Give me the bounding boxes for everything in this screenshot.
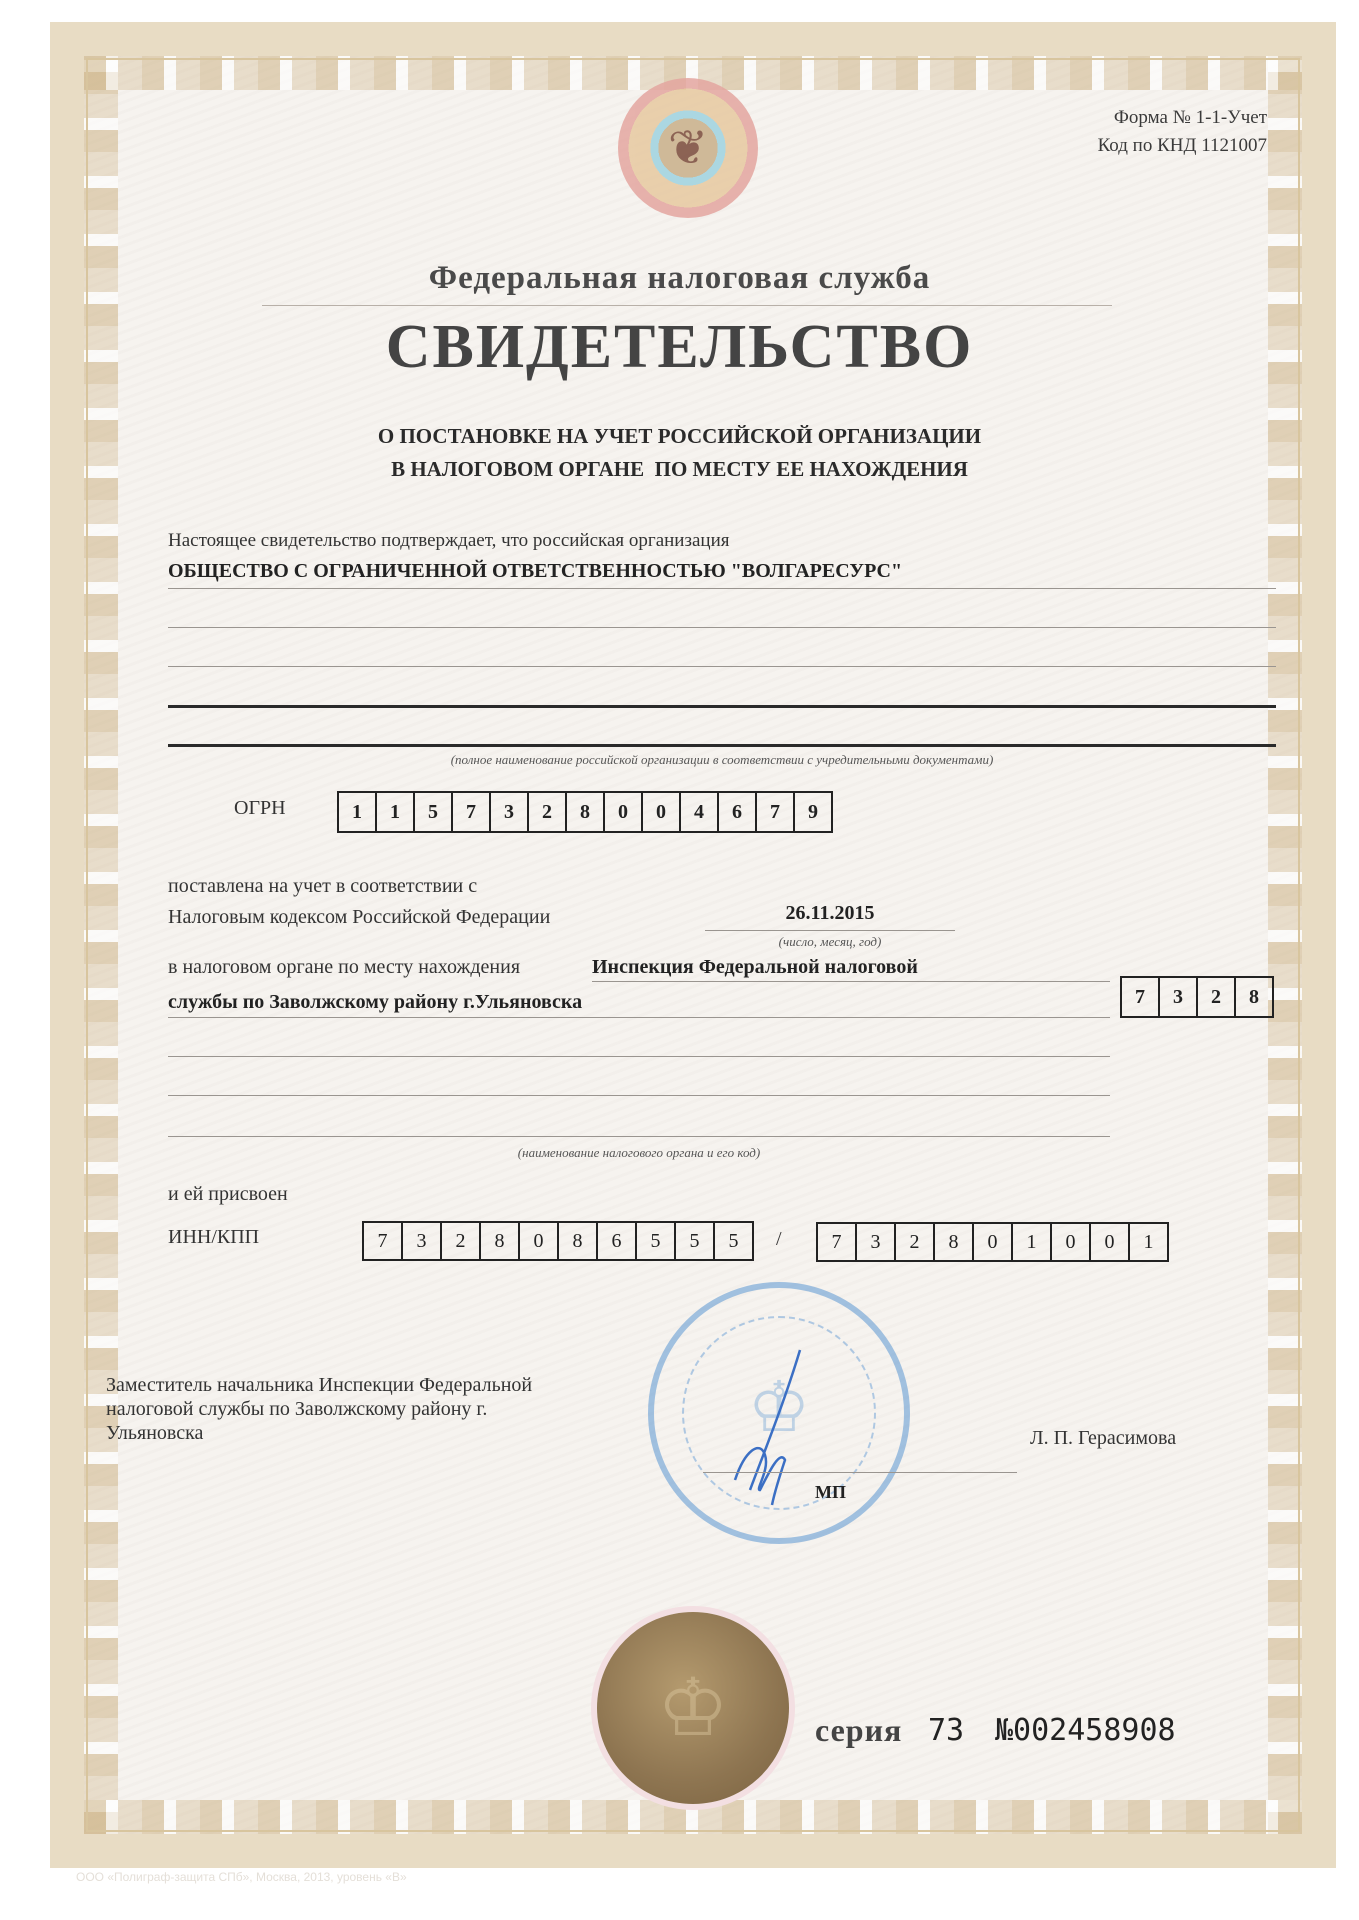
inn-digit: 3 [403, 1223, 442, 1259]
authority-underline-5 [168, 1136, 1110, 1137]
inn-digit: 5 [676, 1223, 715, 1259]
inn-digit: 8 [559, 1223, 598, 1259]
inn-cells: 7328086555 [362, 1221, 754, 1261]
authority-code-digit: 2 [1198, 978, 1236, 1016]
ogrn-cells: 1157328004679 [337, 791, 833, 833]
signatory-position: Заместитель начальника Инспекции Федерал… [106, 1373, 532, 1445]
gold-seal-coat-of-arms-icon: ♔ [597, 1612, 789, 1804]
series-number: 73 [928, 1713, 964, 1748]
authority-underline-3 [168, 1056, 1110, 1057]
hologram-coat-of-arms-icon: ❦ [618, 78, 758, 218]
signature-line [703, 1472, 1017, 1473]
authority-underline-4 [168, 1095, 1110, 1096]
ogrn-digit: 1 [377, 793, 415, 831]
name-underline-3 [168, 666, 1276, 667]
signatory-name: Л. П. Герасимова [1030, 1427, 1176, 1450]
registration-line-1: поставлена на учет в соответствии с [168, 875, 477, 898]
name-underline-1 [168, 588, 1276, 589]
ogrn-digit: 2 [529, 793, 567, 831]
inn-digit: 2 [442, 1223, 481, 1259]
agency-name: Федеральная налоговая служба [0, 260, 1359, 297]
stamp-mark: МП [815, 1482, 846, 1503]
authority-code-digit: 7 [1122, 978, 1160, 1016]
name-underline-4 [168, 705, 1276, 708]
date-caption: (число, месяц, год) [705, 934, 955, 950]
authority-code-cells: 7328 [1120, 976, 1274, 1018]
authority-underline-2 [168, 1017, 1110, 1018]
date-underline [705, 930, 955, 931]
position-line-1: Заместитель начальника Инспекции Федерал… [106, 1373, 532, 1397]
authority-code-digit: 3 [1160, 978, 1198, 1016]
name-underline-2 [168, 627, 1276, 628]
document-title: СВИДЕТЕЛЬСТВО [0, 312, 1359, 383]
organization-name: ОБЩЕСТВО С ОГРАНИЧЕННОЙ ОТВЕТСТВЕННОСТЬЮ… [168, 560, 902, 583]
authority-prefix: в налоговом органе по месту нахождения [168, 956, 520, 979]
kpp-cells: 732801001 [816, 1222, 1169, 1262]
registration-date: 26.11.2015 [705, 902, 955, 925]
intro-text: Настоящее свидетельство подтверждает, чт… [168, 530, 729, 552]
ogrn-digit: 7 [757, 793, 795, 831]
assigned-intro: и ей присвоен [168, 1183, 288, 1206]
kpp-digit: 1 [1130, 1224, 1169, 1260]
subtitle-line-1: О ПОСТАНОВКЕ НА УЧЕТ РОССИЙСКОЙ ОРГАНИЗА… [0, 420, 1359, 453]
inn-kpp-separator: / [776, 1228, 782, 1251]
kpp-digit: 3 [857, 1224, 896, 1260]
ogrn-digit: 0 [643, 793, 681, 831]
authority-underline-1 [592, 981, 1110, 982]
kpp-digit: 0 [974, 1224, 1013, 1260]
printer-note: ООО «Полиграф-защита СПб», Москва, 2013,… [76, 1870, 407, 1884]
kpp-digit: 0 [1052, 1224, 1091, 1260]
inn-kpp-label: ИНН/КПП [168, 1226, 259, 1249]
inn-digit: 0 [520, 1223, 559, 1259]
inn-digit: 5 [715, 1223, 754, 1259]
knd-code: Код по КНД 1121007 [1098, 132, 1267, 160]
form-info: Форма № 1-1-Учет Код по КНД 1121007 [1098, 104, 1267, 160]
authority-caption: (наименование налогового органа и его ко… [168, 1145, 1110, 1161]
document-subtitle: О ПОСТАНОВКЕ НА УЧЕТ РОССИЙСКОЙ ОРГАНИЗА… [0, 420, 1359, 486]
ogrn-digit: 3 [491, 793, 529, 831]
ogrn-digit: 0 [605, 793, 643, 831]
position-line-2: налоговой службы по Заволжскому району г… [106, 1397, 532, 1421]
ogrn-digit: 9 [795, 793, 833, 831]
ogrn-digit: 5 [415, 793, 453, 831]
name-underline-5 [168, 744, 1276, 747]
inn-digit: 6 [598, 1223, 637, 1259]
authority-code-digit: 8 [1236, 978, 1274, 1016]
ogrn-digit: 7 [453, 793, 491, 831]
inn-digit: 5 [637, 1223, 676, 1259]
ogrn-digit: 6 [719, 793, 757, 831]
subtitle-line-2: В НАЛОГОВОМ ОРГАНЕ ПО МЕСТУ ЕЕ НАХОЖДЕНИ… [0, 453, 1359, 486]
name-caption: (полное наименование российской организа… [168, 752, 1276, 768]
header-divider [262, 305, 1112, 306]
kpp-digit: 8 [935, 1224, 974, 1260]
ogrn-digit: 8 [567, 793, 605, 831]
kpp-digit: 2 [896, 1224, 935, 1260]
authority-line-2: службы по Заволжскому району г.Ульяновск… [168, 991, 582, 1014]
kpp-digit: 7 [818, 1224, 857, 1260]
registration-line-2: Налоговым кодексом Российской Федерации [168, 906, 550, 929]
ogrn-digit: 4 [681, 793, 719, 831]
kpp-digit: 1 [1013, 1224, 1052, 1260]
form-number: Форма № 1-1-Учет [1098, 104, 1267, 132]
ogrn-label: ОГРН [234, 797, 286, 820]
kpp-digit: 0 [1091, 1224, 1130, 1260]
authority-line-1: Инспекция Федеральной налоговой [592, 956, 918, 979]
position-line-3: Ульяновска [106, 1421, 532, 1445]
signature-icon [730, 1340, 810, 1510]
inn-digit: 7 [364, 1223, 403, 1259]
document-number: №002458908 [995, 1713, 1176, 1748]
ogrn-digit: 1 [339, 793, 377, 831]
inn-digit: 8 [481, 1223, 520, 1259]
series-label: серия [815, 1712, 902, 1749]
